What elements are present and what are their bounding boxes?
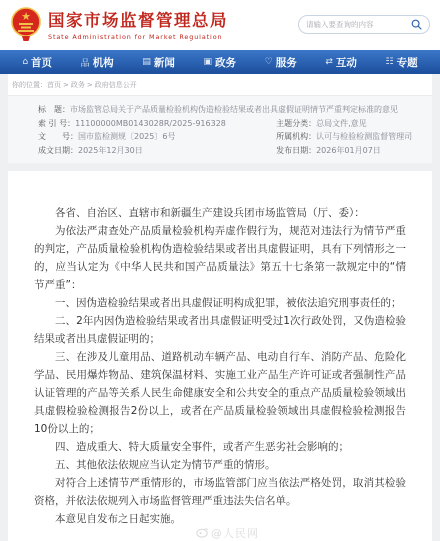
search-icon[interactable] [410,19,422,31]
breadcrumb: 你的位置：首页>政务>政府信息公开 [8,74,432,96]
meta-row-title: 标 题： 市场监管总局关于产品质量检验机构伪造检验结果或者出具虚假证明情节严重判… [38,103,422,117]
meta-docno-label: 文 号： [38,130,78,144]
nav-item-services[interactable]: ♡ 服务 [265,55,297,70]
article-paragraph: 一、因伪造检验结果或者出具虚假证明构成犯罪，被依法追究刑事责任的； [34,294,406,312]
site-header: ★ 国家市场监督管理总局 State Administration for Ma… [0,0,440,50]
nav-item-orgs[interactable]: 品 机构 [81,55,114,70]
meta-row: 成文日期： 2025年12月30日 发布日期： 2026年01月07日 [38,144,422,158]
org-chart-icon: 品 [81,56,90,69]
breadcrumb-link-home[interactable]: 首页 [47,81,61,89]
arrows-exchange-icon: ⇄ [325,57,333,67]
nav-item-topics[interactable]: ☷ 专题 [386,55,418,70]
breadcrumb-separator: > [87,81,93,89]
meta-row: 索 引 号： 11100000MB0143028R/2025-916328 主题… [38,117,422,131]
watermark-text: @人民网 [211,525,259,541]
meta-index-label: 索 引 号： [38,117,75,131]
meta-writedate-value: 2025年12月30日 [78,144,143,158]
article-paragraph: 为依法严肃查处产品质量检验机构弄虚作假行为，规范对违法行为情节严重的判定，产品质… [34,222,406,294]
badge-icon: ▣ [203,57,212,67]
meta-org-value: 认可与检验检测监督管理司 [316,130,412,144]
heart-icon: ♡ [265,57,273,67]
meta-title-value: 市场监管总局关于产品质量检验机构伪造检验结果或者出具虚假证明情节严重判定标准的意… [70,103,398,117]
site-title: 国家市场监督管理总局 [48,11,228,31]
breadcrumb-link-info-disclosure[interactable]: 政府信息公开 [95,81,137,89]
list-icon: ☷ [386,57,394,67]
article-paragraph: 二、2年内因伪造检验结果或者出具虚假证明受过1次行政处罚，又伪造检验结果或者出具… [34,312,406,348]
site-logo[interactable]: ★ 国家市场监督管理总局 State Administration for Ma… [11,7,228,45]
panel-divider [8,163,432,171]
article-paragraph: 三、在涉及儿童用品、道路机动车辆产品、电动自行车、消防产品、危险化学品、民用爆炸… [34,348,406,438]
meta-pubdate-value: 2026年01月07日 [316,144,381,158]
nav-item-home[interactable]: ⌂ 首页 [22,55,52,70]
search-bar [298,15,430,34]
meta-title-label: 标 题： [38,103,70,117]
meta-row: 文 号： 国市监检测规〔2025〕6号 所属机构： 认可与检验检测监督管理司 [38,130,422,144]
meta-index-value: 11100000MB0143028R/2025-916328 [75,117,226,131]
nav-item-interaction[interactable]: ⇄ 互动 [325,55,357,70]
meta-org-label: 所属机构： [276,130,316,144]
article-paragraph: 对符合上述情节严重情形的，市场监管部门应当依法严格处罚，取消其检验资格，并依法依… [34,474,406,510]
breadcrumb-prefix: 你的位置： [12,81,47,89]
peoples-daily-watermark: @人民网 [196,525,259,541]
main-nav: ⌂ 首页 品 机构 ▤ 新闻 ▣ 政务 ♡ 服务 ⇄ 互动 ☷ 专题 [0,50,440,74]
meta-pubdate-label: 发布日期： [276,144,316,158]
newspaper-icon: ▤ [142,57,151,67]
meta-topic-label: 主题分类： [276,117,316,131]
breadcrumb-link-gov[interactable]: 政务 [71,81,85,89]
breadcrumb-separator: > [63,81,69,89]
article-body: 各省、自治区、直辖市和新疆生产建设兵团市场监管局（厅、委）： 为依法严肃查处产品… [8,171,432,541]
article-paragraph: 五、其他依法依规应当认定为情节严重的情形。 [34,456,406,474]
national-emblem-icon: ★ [11,7,41,45]
home-icon: ⌂ [22,57,28,67]
meta-docno-value: 国市监检测规〔2025〕6号 [78,130,175,144]
article-paragraph: 四、造成重大、特大质量安全事件，或者产生恶劣社会影响的； [34,438,406,456]
page-content: 你的位置：首页>政务>政府信息公开 标 题： 市场监管总局关于产品质量检验机构伪… [0,74,440,541]
meta-writedate-label: 成文日期： [38,144,78,158]
article-paragraph: 各省、自治区、直辖市和新疆生产建设兵团市场监管局（厅、委）： [34,204,406,222]
site-title-en: State Administration for Market Regulati… [48,33,228,41]
nav-item-gov-affairs[interactable]: ▣ 政务 [203,55,236,70]
svg-text:★: ★ [21,10,31,23]
document-meta-panel: 标 题： 市场监管总局关于产品质量检验机构伪造检验结果或者出具虚假证明情节严重判… [8,96,432,163]
meta-topic-value: 总局文件,意见 [316,117,367,131]
weibo-icon [196,526,209,541]
search-input[interactable] [306,20,410,29]
nav-item-news[interactable]: ▤ 新闻 [142,55,175,70]
